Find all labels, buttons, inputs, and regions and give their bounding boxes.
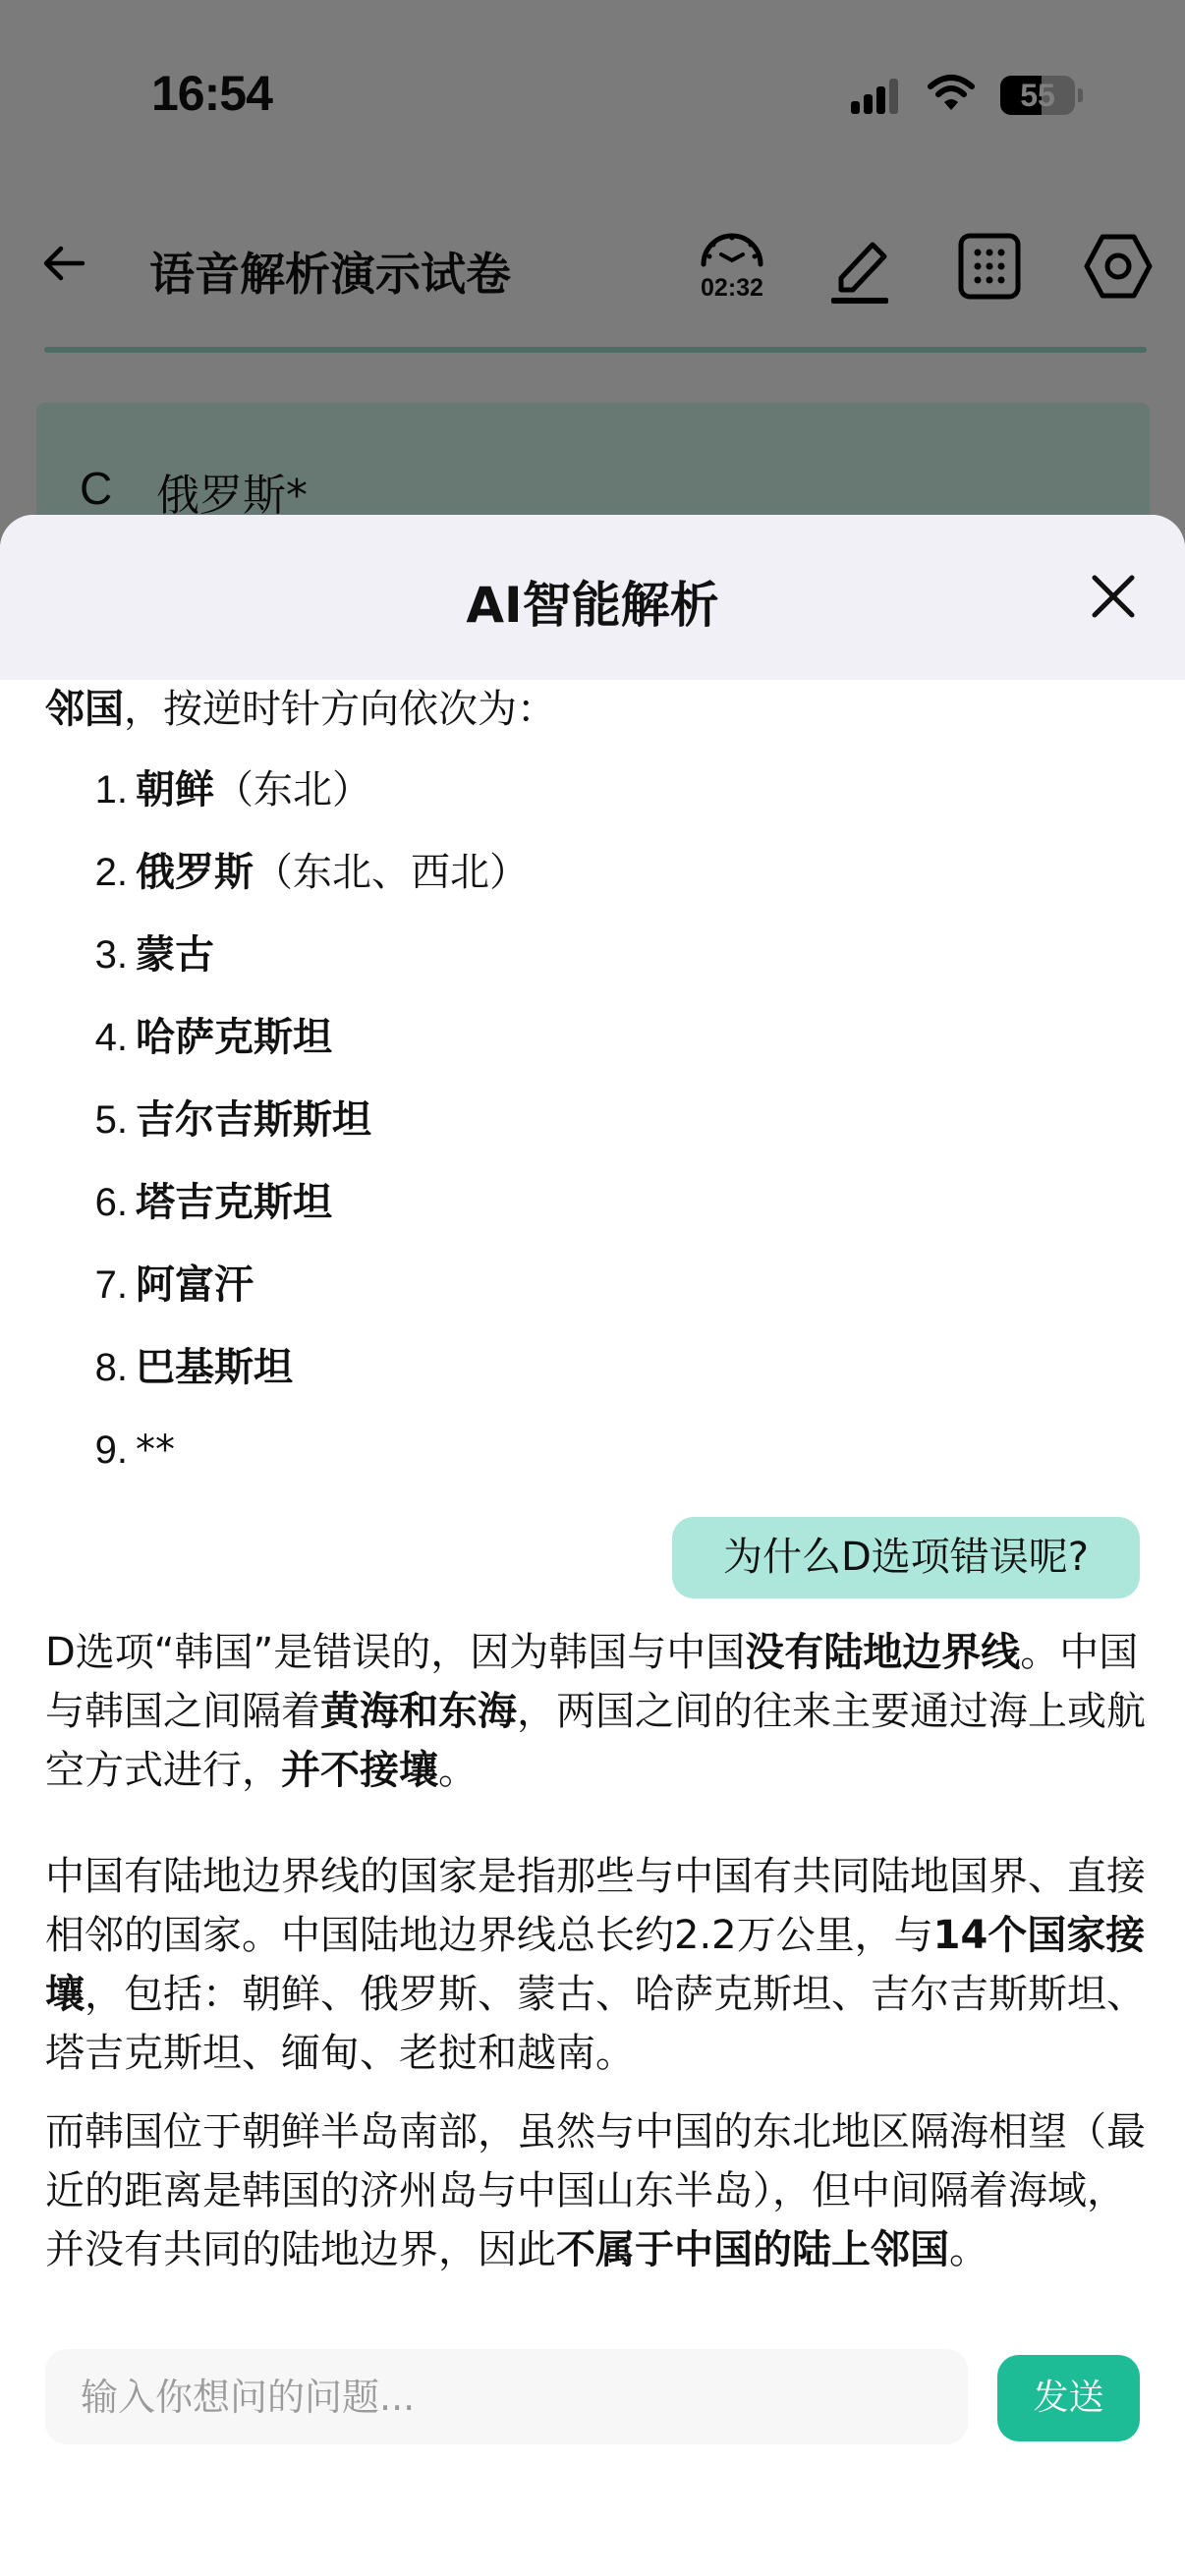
text: ，包括：朝鲜、俄罗斯、蒙古、哈萨克斯坦、吉尔吉斯斯坦、塔吉克斯坦、缅甸、老挝和越…: [45, 1972, 1146, 2076]
list-num: 5.: [79, 1091, 128, 1149]
text: 。: [949, 2227, 988, 2272]
list-item: 4.哈萨克斯坦: [79, 1008, 332, 1067]
list-num: 4.: [79, 1008, 128, 1067]
list-num: 1.: [79, 760, 128, 819]
text: 。: [438, 1748, 478, 1793]
list-num: 9.: [79, 1421, 128, 1480]
list-num: 6.: [79, 1173, 128, 1232]
bold-text: 不属于中国的陆上邻国: [556, 2227, 949, 2272]
question-input[interactable]: [45, 2349, 968, 2444]
list-name: 巴基斯坦: [136, 1345, 293, 1390]
list-item: 5.吉尔吉斯斯坦: [79, 1091, 371, 1149]
list-name: 俄罗斯: [136, 850, 254, 895]
list-name: 阿富汗: [136, 1262, 254, 1308]
chat-scroll-area[interactable]: 邻国，按逆时针方向依次为： 1.朝鲜（东北） 2.俄罗斯（东北、西北） 3.蒙古…: [0, 680, 1185, 2340]
bold-text: 黄海和东海: [320, 1689, 517, 1734]
list-num: 3.: [79, 925, 128, 984]
list-item: 3.蒙古: [79, 925, 214, 984]
bold-text: 没有陆地边界线: [745, 1630, 1020, 1675]
close-button[interactable]: [1085, 568, 1142, 625]
answer-paragraph-1: D选项“韩国”是错误的，因为韩国与中国没有陆地边界线。中国与韩国之间隔着黄海和东…: [45, 1623, 1146, 1800]
user-message-bubble: 为什么D选项错误呢?: [672, 1517, 1140, 1598]
list-item: 1.朝鲜（东北）: [79, 760, 371, 819]
send-button[interactable]: 发送: [997, 2355, 1140, 2441]
answer-paragraph-2: 中国有陆地边界线的国家是指那些与中国有共同陆地国界、直接相邻的国家。中国陆地边界…: [45, 1847, 1146, 2083]
list-item: 9.**: [79, 1421, 175, 1480]
sheet-header: AI智能解析: [0, 515, 1185, 680]
list-name: 蒙古: [136, 932, 214, 978]
bold-text: 并不接壤: [281, 1748, 438, 1793]
list-num: 8.: [79, 1338, 128, 1397]
list-item: 2.俄罗斯（东北、西北）: [79, 843, 529, 902]
list-name: **: [136, 1428, 175, 1473]
close-x-icon: [1085, 568, 1142, 625]
sheet-title: AI智能解析: [0, 566, 1185, 637]
list-num: 7.: [79, 1256, 128, 1315]
list-item: 6.塔吉克斯坦: [79, 1173, 332, 1232]
answer-paragraph-3: 而韩国位于朝鲜半岛南部，虽然与中国的东北地区隔海相望（最近的距离是韩国的济州岛与…: [45, 2102, 1146, 2279]
text: D选项“韩国”是错误的，因为韩国与中国: [45, 1630, 745, 1675]
answer-intro: 邻国，按逆时针方向依次为：: [45, 680, 1146, 739]
list-note: （东北）: [214, 767, 371, 812]
list-name: 吉尔吉斯斯坦: [136, 1097, 371, 1143]
ai-analysis-sheet: AI智能解析 邻国，按逆时针方向依次为： 1.朝鲜（东北） 2.俄罗斯（东北、西…: [0, 515, 1185, 2576]
list-name: 塔吉克斯坦: [136, 1180, 332, 1225]
list-note: （东北、西北）: [254, 850, 529, 895]
list-name: 朝鲜: [136, 767, 214, 812]
intro-bold: 邻国: [45, 687, 124, 732]
composer: 发送: [0, 2349, 1185, 2444]
list-num: 2.: [79, 843, 128, 902]
list-item: 7.阿富汗: [79, 1256, 254, 1315]
list-item: 8.巴基斯坦: [79, 1338, 293, 1397]
list-name: 哈萨克斯坦: [136, 1015, 332, 1060]
intro-rest: ，按逆时针方向依次为：: [124, 687, 556, 732]
